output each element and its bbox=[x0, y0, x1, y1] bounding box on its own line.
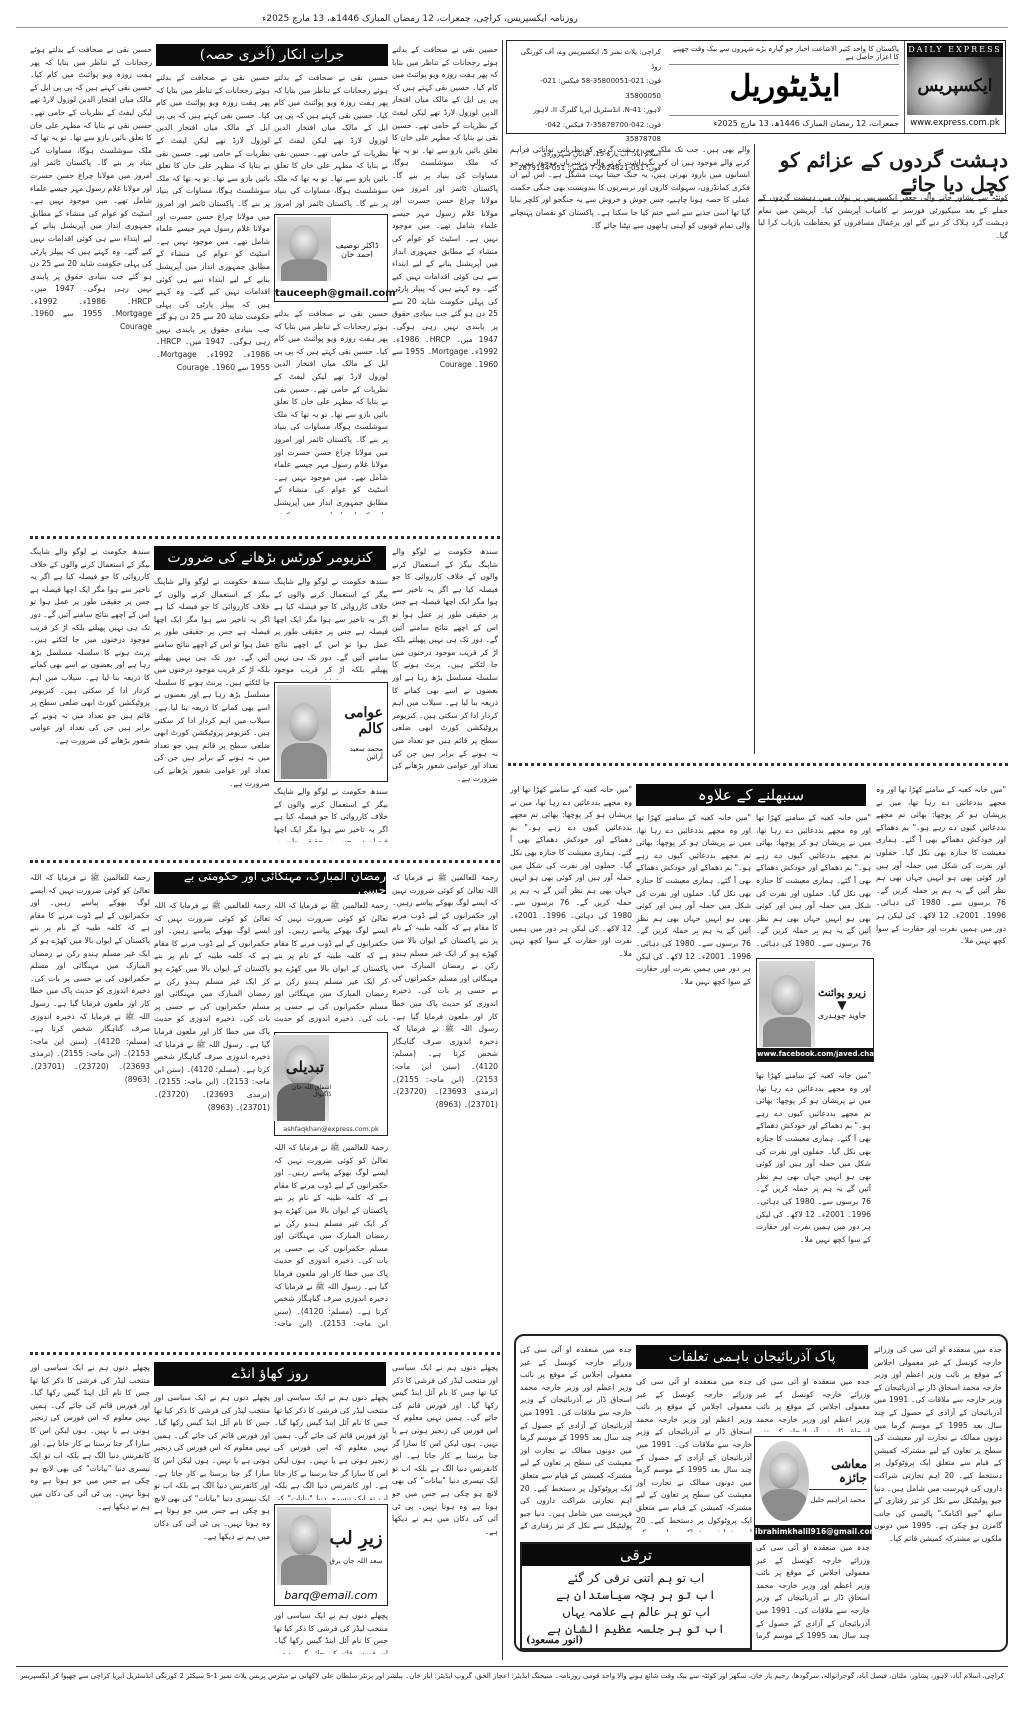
badge-label: زیرِ لب bbox=[329, 1528, 382, 1549]
editorial-separator bbox=[508, 763, 1008, 766]
author-box-tauseef: ڈاکٹر توصیف احمد خان tauceeph@gmail.com bbox=[274, 214, 388, 302]
awami-column-badge: عوامی کالم محمد سعید آرائیں bbox=[331, 691, 383, 775]
column-body-ande-under: پچھلے دنوں ہم نے ایک سیاسی اور منتخب لیڈ… bbox=[274, 1610, 388, 1654]
column-body-ramadan-left: رحمۃ للعالمین ﷺ نے فرمایا کہ اللہ تعالیٰ… bbox=[30, 872, 150, 1332]
author-photo bbox=[759, 1441, 809, 1521]
author-box-javed: زیرو پوائنٹ ▼ جاوید چوہدری www.facebook.… bbox=[756, 958, 874, 1062]
office-line: لاہور: 41-N، انڈسٹریل ایریا گلبرگ II، لا… bbox=[511, 103, 661, 118]
author-box-saeed: عوامی کالم محمد سعید آرائیں bbox=[274, 682, 388, 782]
author-email[interactable]: barq@email.com bbox=[275, 1589, 387, 1602]
column-body-ande-left: پچھلے دنوں ہم نے ایک سیاسی اور منتخب لیڈ… bbox=[30, 1362, 150, 1654]
masthead-box: DAILY EXPRESS ایکسپریس www.express.com.p… bbox=[506, 40, 1006, 134]
badge-label: تبدیلی bbox=[286, 1058, 324, 1076]
office-line: فون: 042-35878700-7 فیکس: 042-35878708 bbox=[511, 118, 661, 147]
office-line: فون: 021-35800051-58 فیکس: 021-35800050 bbox=[511, 74, 661, 103]
author-name: سعد اللہ جان برق bbox=[330, 1557, 383, 1565]
brand-en: DAILY EXPRESS bbox=[907, 43, 1003, 57]
column-body-jurat-mid: حسین نقی نے صحافت کے بدلتے ہوئے رجحانات … bbox=[274, 72, 388, 212]
editorial-col-divider bbox=[754, 144, 755, 754]
author-photo bbox=[759, 961, 815, 1047]
poem-line: اب تو ہم اتنی ترقی کر گئے bbox=[522, 1570, 750, 1587]
office-line: کراچی: پلاٹ نمبر 5، ایکسپریس وے، آف کورن… bbox=[511, 45, 661, 74]
website-link[interactable]: www.express.com.pk bbox=[907, 118, 1003, 128]
column-body-jurat-mid2: حسین نقی نے صحافت کے بدلتے ہوئے رجحانات … bbox=[156, 72, 270, 514]
column-body-ramadan-mid: رحمۃ للعالمین ﷺ نے فرمایا کہ اللہ تعالیٰ… bbox=[274, 900, 388, 1028]
chevron-down-icon: ▼ bbox=[837, 999, 846, 1011]
economic-review-badge: معاشی جائزہ محمد ابراہیم خلیل bbox=[809, 1445, 867, 1515]
column-body-azerbaijan-under: جدہ میں منعقدہ او آئی سی کی وزرائے خارجہ… bbox=[756, 1542, 870, 1644]
author-email[interactable]: ashfaqkhan@express.com.pk bbox=[275, 1125, 387, 1133]
author-box-ibrahim: معاشی جائزہ محمد ابراہیم خلیل ibrahimkha… bbox=[754, 1436, 872, 1540]
author-email[interactable]: www.facebook.com/javed.chaudhry bbox=[757, 1048, 873, 1061]
column-title-sambhalne: سنبھلنے کے علاوہ bbox=[636, 784, 866, 806]
footer-rule bbox=[16, 1666, 1008, 1667]
column-body-consumer-mid: سندھ حکومت نے لوگو والے شاپنگ بیگز کے اس… bbox=[274, 576, 388, 680]
column-body-consumer-mid2: سندھ حکومت نے لوگو والے شاپنگ بیگز کے اس… bbox=[154, 576, 270, 842]
column-body-azerbaijan-left: جدہ میں منعقدہ او آئی سی کی وزرائے خارجہ… bbox=[520, 1344, 632, 1534]
author-name: جاوید چوہدری bbox=[818, 1011, 866, 1020]
author-email[interactable]: ibrahimkhalil916@gmail.com bbox=[755, 1525, 871, 1539]
section-separator bbox=[30, 536, 500, 539]
column-title-consumer-courts: کنزیومر کورٹس بڑھانے کی ضرورت bbox=[154, 546, 386, 570]
column-title-jurat-e-inkar: جراتِ انکار (آخری حصہ) bbox=[156, 44, 388, 66]
footer-imprint: کراچی، اسلام آباد، لاہور، پشاور، ملتان، … bbox=[20, 1672, 1004, 1680]
column-body-jurat-right: حسین نقی نے صحافت کے بدلتے ہوئے رجحانات … bbox=[392, 44, 498, 514]
logo-globe: ایکسپریس bbox=[907, 57, 1003, 115]
author-name: محمد ابراہیم خلیل bbox=[810, 1496, 865, 1504]
masthead-divider bbox=[904, 41, 905, 133]
section-title: ایڈیٹوریل bbox=[685, 69, 885, 104]
express-logo: DAILY EXPRESS ایکسپریس bbox=[907, 43, 1003, 117]
author-name: اشفاق اللہ جان ڈاگیوال bbox=[279, 1084, 331, 1098]
page-center-divider bbox=[502, 40, 503, 1660]
section-separator bbox=[30, 860, 500, 863]
column-body-azerbaijan-right: جدہ میں منعقدہ او آئی سی کی وزرائے خارجہ… bbox=[874, 1344, 1002, 1644]
column-body-sambhalne-mid: "میں خانہ کعبہ کے سامنے کھڑا تھا اور وہ … bbox=[756, 812, 871, 950]
column-body-ande-right: پچھلے دنوں ہم نے ایک سیاسی اور منتخب لیڈ… bbox=[392, 1362, 498, 1654]
column-body-consumer-right: سندھ حکومت نے لوگو والے شاپنگ بیگز کے اس… bbox=[392, 546, 498, 842]
top-rule bbox=[16, 27, 1008, 28]
brand-ur: ایکسپریس bbox=[918, 76, 993, 96]
column-body-ramadan-mid2: رحمۃ للعالمین ﷺ نے فرمایا کہ اللہ تعالیٰ… bbox=[154, 900, 270, 1332]
column-body-ande-mid2: پچھلے دنوں ہم نے ایک سیاسی اور منتخب لیڈ… bbox=[154, 1392, 270, 1654]
column-title-ramadan: رمضان المبارک، مہنگائی اور حکومتی بے حسی bbox=[154, 872, 386, 894]
column-body-ande-mid: پچھلے دنوں ہم نے ایک سیاسی اور منتخب لیڈ… bbox=[274, 1392, 388, 1500]
poem-title: ترقی bbox=[522, 1544, 750, 1566]
author-photo bbox=[277, 217, 331, 281]
zero-point-badge: زیرو پوائنٹ ▼ جاوید چوہدری bbox=[815, 965, 869, 1043]
author-name: محمد سعید آرائیں bbox=[331, 745, 383, 761]
column-body-ramadan-under: رحمۃ للعالمین ﷺ نے فرمایا کہ اللہ تعالیٰ… bbox=[274, 1142, 388, 1332]
column-body-azerbaijan-mid2: جدہ میں منعقدہ او آئی سی کی وزرائے خارجہ… bbox=[636, 1376, 752, 1532]
author-box-ashfaq: تبدیلی اشفاق اللہ جان ڈاگیوال ashfaqkhan… bbox=[274, 1032, 388, 1136]
tagline: پاکستان کا واحد کثیر الاشاعت اخبار جو گی… bbox=[669, 45, 899, 65]
column-body-consumer-under: سندھ حکومت نے لوگو والے شاپنگ بیگز کے اس… bbox=[274, 786, 388, 842]
column-body-azerbaijan-mid: جدہ میں منعقدہ او آئی سی کی وزرائے خارجہ… bbox=[756, 1376, 870, 1432]
badge-label: عوامی کالم bbox=[331, 705, 383, 737]
column-title-roz-khao-ande: روز کھاؤ انڈے bbox=[154, 1362, 386, 1386]
author-email[interactable]: tauceeph@gmail.com bbox=[275, 288, 387, 299]
column-body-sambhalne-left: "میں خانہ کعبہ کے سامنے کھڑا تھا اور وہ … bbox=[510, 784, 632, 1324]
poem-line: اب تو ہر بچہ سیاستدان ہے bbox=[522, 1587, 750, 1604]
column-body-jurat-left: حسین نقی نے صحافت کے بدلتے ہوئے رجحانات … bbox=[30, 44, 152, 514]
column-body-consumer-left: سندھ حکومت نے لوگو والے شاپنگ بیگز کے اس… bbox=[30, 546, 150, 842]
editorial-body: والے بھی ہیں۔ جب تک ملک میں دہشت گردی کو… bbox=[510, 144, 750, 752]
column-body-ramadan-right: رحمۃ للعالمین ﷺ نے فرمایا کہ اللہ تعالیٰ… bbox=[392, 872, 498, 1332]
column-body-sambhalne-under: "میں خانہ کعبہ کے سامنے کھڑا تھا اور وہ … bbox=[756, 1070, 871, 1324]
column-body-sambhalne-mid2: "میں خانہ کعبہ کے سامنے کھڑا تھا اور وہ … bbox=[636, 812, 751, 1322]
poem-box: ترقی اب تو ہم اتنی ترقی کر گئے اب تو ہر … bbox=[520, 1542, 752, 1650]
section-separator bbox=[30, 1352, 500, 1355]
author-name: ڈاکٹر توصیف احمد خان bbox=[331, 241, 383, 259]
tabdeeli-badge: تبدیلی اشفاق اللہ جان ڈاگیوال bbox=[279, 1043, 331, 1113]
author-photo bbox=[277, 685, 331, 779]
column-body-jurat-under: حسین نقی نے صحافت کے بدلتے ہوئے رجحانات … bbox=[274, 308, 388, 514]
zer-e-lab-badge: زیرِ لب سعد اللہ جان برق bbox=[329, 1511, 383, 1581]
column-title-pak-azerbaijan: پاک آذربائیجان باہمی تعلقات bbox=[636, 1345, 868, 1369]
masthead-date: جمعرات، 12 رمضان المبارک 1446ھ، 13 مارچ … bbox=[669, 115, 899, 128]
poet-name: (انور مسعود) bbox=[526, 1635, 583, 1646]
author-photo bbox=[277, 1507, 331, 1585]
author-box-barq: زیرِ لب سعد اللہ جان برق barq@email.com bbox=[274, 1504, 388, 1606]
editorial-lead: کوئٹہ سے پشاور جانے والی جعفر ایکسپریس پ… bbox=[758, 192, 1008, 752]
badge-label: معاشی جائزہ bbox=[809, 1457, 867, 1490]
poem-lines: اب تو ہم اتنی ترقی کر گئے اب تو ہر بچہ س… bbox=[522, 1566, 750, 1638]
poem-line: اب تو ہر عالم ہے علامہ یہاں bbox=[522, 1604, 750, 1621]
dateline: روزنامہ ایکسپریس، کراچی، جمعرات، 12 رمضا… bbox=[170, 14, 670, 24]
